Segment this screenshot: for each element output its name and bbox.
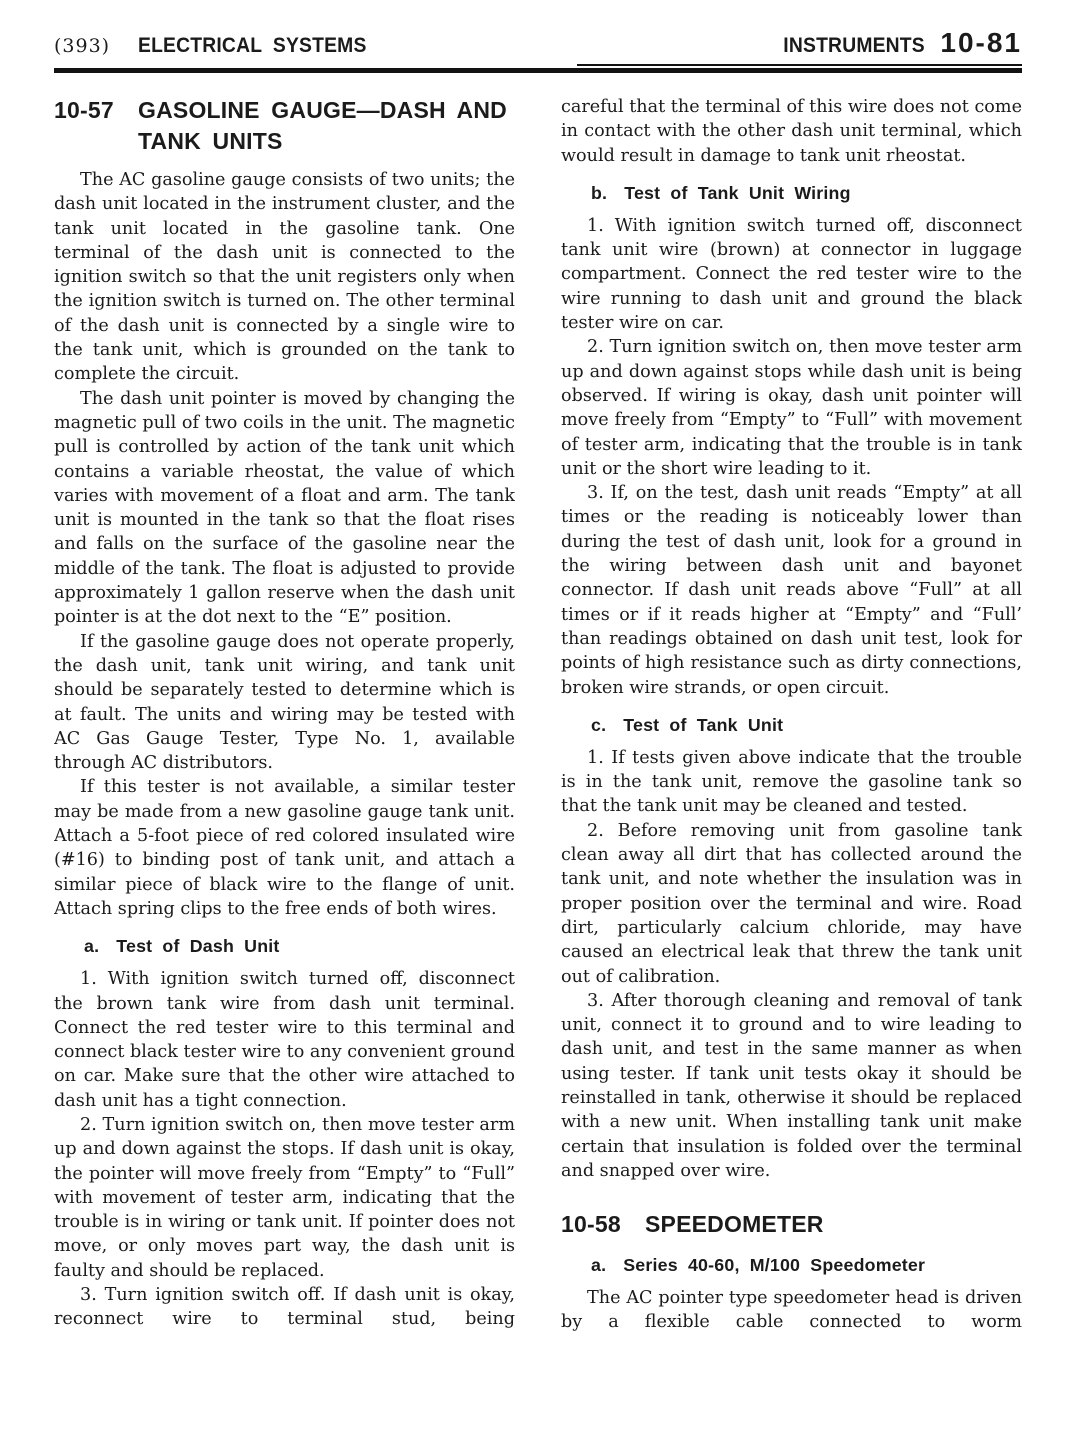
step-wiring-1: 1. With ignition switch turned off, disc…	[561, 214, 1022, 335]
section-title-line2: TANK UNITS	[138, 128, 283, 154]
page-number: 10-81	[940, 27, 1022, 59]
section-title: GASOLINE GAUGE—DASH AND TANK UNITS	[138, 95, 507, 157]
step-wiring-3: 3. If, on the test, dash unit reads “Emp…	[561, 481, 1022, 700]
step-tank-3: 3. After thorough cleaning and removal o…	[561, 989, 1022, 1183]
step-wiring-2: 2. Turn ignition switch on, then move te…	[561, 335, 1022, 481]
subheading-test-of-tank-unit-wiring: b. Test of Tank Unit Wiring	[591, 182, 1022, 204]
subheading-text: Test of Tank Unit Wiring	[624, 182, 850, 204]
paragraph-gauge-overview: The AC gasoline gauge consists of two un…	[54, 168, 515, 387]
subheading-label: c.	[591, 714, 606, 736]
paragraph-pointer-operation: The dash unit pointer is moved by changi…	[54, 387, 515, 630]
page-columns: 10-57 GASOLINE GAUGE—DASH AND TANK UNITS…	[0, 75, 1074, 1431]
section-title-line1: GASOLINE GAUGE—DASH AND	[138, 97, 507, 123]
paragraph-homemade-tester: If this tester is not available, a simil…	[54, 775, 515, 921]
running-title-left: ELECTRICAL SYSTEMS	[138, 34, 367, 58]
page-ref: (393)	[54, 35, 110, 57]
header-rule-main	[54, 68, 1022, 73]
header-right: INSTRUMENTS 10-81	[771, 27, 1023, 59]
subheading-text: Test of Dash Unit	[116, 935, 279, 957]
paragraph-continuation: careful that the terminal of this wire d…	[561, 95, 1022, 168]
subheading-series-speedometer: a. Series 40-60, M/100 Speedometer	[591, 1254, 1022, 1276]
section-number: 10-58	[561, 1209, 645, 1240]
section-heading-10-58: 10-58 SPEEDOMETER	[561, 1209, 1022, 1240]
section-title: SPEEDOMETER	[645, 1209, 824, 1240]
manual-page: (393) ELECTRICAL SYSTEMS INSTRUMENTS 10-…	[0, 0, 1074, 1446]
paragraph-testing-intro: If the gasoline gauge does not operate p…	[54, 630, 515, 776]
section-heading-10-57: 10-57 GASOLINE GAUGE—DASH AND TANK UNITS	[54, 95, 515, 157]
column-left: 10-57 GASOLINE GAUGE—DASH AND TANK UNITS…	[54, 95, 515, 1431]
header-left: (393) ELECTRICAL SYSTEMS	[54, 34, 387, 58]
subheading-label: a.	[84, 935, 99, 957]
column-right: careful that the terminal of this wire d…	[561, 95, 1022, 1431]
step-dash-1: 1. With ignition switch turned off, disc…	[54, 967, 515, 1113]
subheading-text: Test of Tank Unit	[623, 714, 783, 736]
subheading-label: b.	[591, 182, 607, 204]
running-title-right: INSTRUMENTS	[783, 34, 925, 58]
header-rule	[54, 65, 1022, 75]
paragraph-speedometer-intro: The AC pointer type speedometer head is …	[561, 1286, 1022, 1335]
subheading-test-of-tank-unit: c. Test of Tank Unit	[591, 714, 1022, 736]
subheading-text: Series 40-60, M/100 Speedometer	[623, 1254, 925, 1276]
section-number: 10-57	[54, 95, 138, 157]
step-tank-2: 2. Before removing unit from gasoline ta…	[561, 819, 1022, 989]
step-tank-1: 1. If tests given above indicate that th…	[561, 746, 1022, 819]
header-rule-thin	[577, 64, 1022, 66]
page-header: (393) ELECTRICAL SYSTEMS INSTRUMENTS 10-…	[0, 0, 1074, 63]
step-dash-3: 3. Turn ignition switch off. If dash uni…	[54, 1283, 515, 1332]
step-dash-2: 2. Turn ignition switch on, then move te…	[54, 1113, 515, 1283]
subheading-test-of-dash-unit: a. Test of Dash Unit	[84, 935, 515, 957]
subheading-label: a.	[591, 1254, 606, 1276]
